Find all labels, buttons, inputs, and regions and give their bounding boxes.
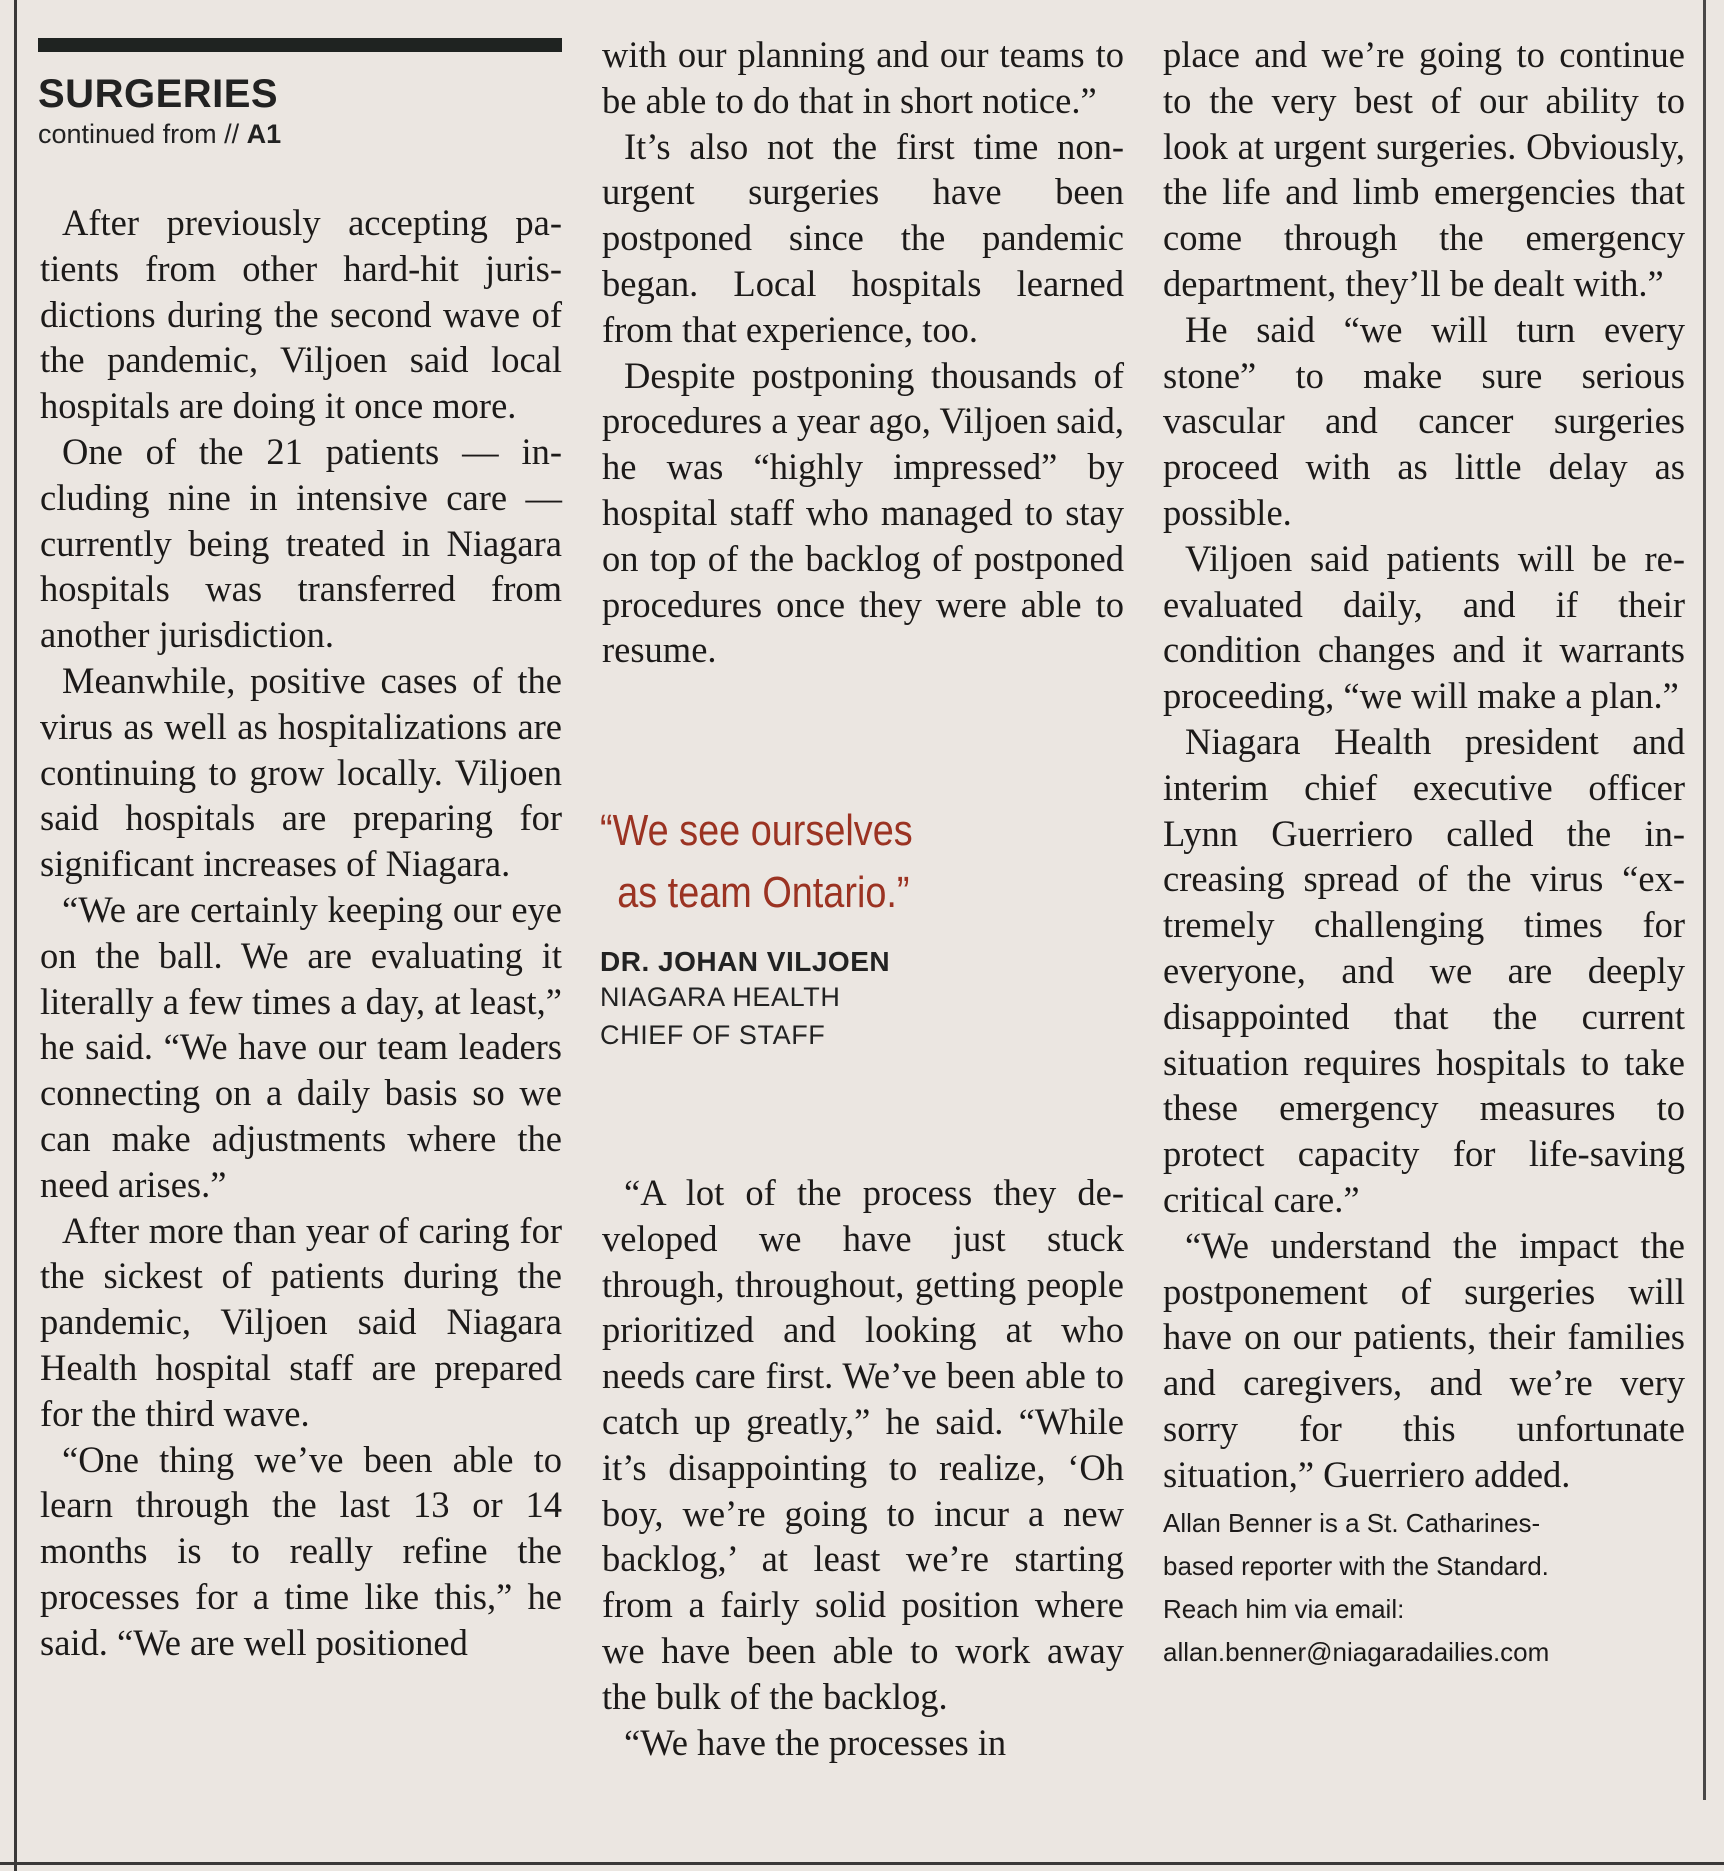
article-column-1: After previously accepting pa­tients fro…	[40, 200, 562, 1666]
paragraph: Niagara Health president and interim chi…	[1163, 719, 1685, 1223]
article-column-3: place and we’re going to contin­ue to th…	[1163, 32, 1685, 1674]
paragraph: “One thing we’ve been able to learn thro…	[40, 1437, 562, 1666]
paragraph: “We have the processes in	[602, 1720, 1124, 1766]
right-column-rule	[1703, 0, 1706, 1800]
article-column-2-continued: “A lot of the process they de­veloped we…	[602, 1170, 1124, 1765]
section-top-bar	[38, 38, 562, 52]
continued-label: continued from //	[38, 119, 239, 149]
paragraph: place and we’re going to contin­ue to th…	[1163, 32, 1685, 307]
paragraph: Meanwhile, positive cases of the virus a…	[40, 658, 562, 887]
pull-quote-line-1: “We see ourselves	[600, 800, 913, 862]
pull-quote-attribution-role: CHIEF OF STAFF	[600, 1016, 964, 1054]
continued-from: continued from // A1	[38, 119, 281, 150]
paragraph: Despite postponing thou­sands of procedu…	[602, 353, 1124, 674]
paragraph: “A lot of the process they de­veloped we…	[602, 1170, 1124, 1720]
paragraph: with our planning and our teams to be ab…	[602, 32, 1124, 124]
left-column-rule	[14, 0, 17, 1871]
pull-quote-attribution-name: DR. JOHAN VILJOEN	[600, 946, 964, 978]
paragraph: It’s also not the first time non-urgent …	[602, 124, 1124, 353]
author-email-link[interactable]: allan.benner@niagaradailies.com	[1163, 1631, 1685, 1674]
bottom-rule	[0, 1862, 1724, 1865]
pull-quote-attribution-org: NIAGARA HEALTH	[600, 978, 964, 1016]
paragraph: One of the 21 patients — in­cluding nine…	[40, 429, 562, 658]
continued-page: A1	[247, 119, 282, 149]
pull-quote-line-2: as team Ontario.”	[600, 862, 913, 924]
paragraph: He said “we will turn every stone” to ma…	[1163, 307, 1685, 536]
article-column-2: with our planning and our teams to be ab…	[602, 32, 1124, 673]
paragraph: After more than year of caring for the s…	[40, 1208, 562, 1437]
paragraph: “We are certainly keeping our eye on the…	[40, 887, 562, 1208]
author-bio: Allan Benner is a St. Catharines- based …	[1163, 1502, 1685, 1674]
paragraph: “We understand the impact the postponeme…	[1163, 1223, 1685, 1498]
paragraph: Viljoen said patients will be re-evaluat…	[1163, 536, 1685, 719]
author-bio-line: Reach him via email:	[1163, 1588, 1685, 1631]
author-bio-line: based reporter with the Standard.	[1163, 1545, 1685, 1588]
author-bio-line: Allan Benner is a St. Catharines-	[1163, 1502, 1685, 1545]
section-kicker: SURGERIES continued from // A1	[38, 72, 281, 150]
paragraph: After previously accepting pa­tients fro…	[40, 200, 562, 429]
section-title: SURGERIES	[38, 72, 281, 117]
pull-quote: “We see ourselves as team Ontario.” DR. …	[600, 800, 964, 1054]
